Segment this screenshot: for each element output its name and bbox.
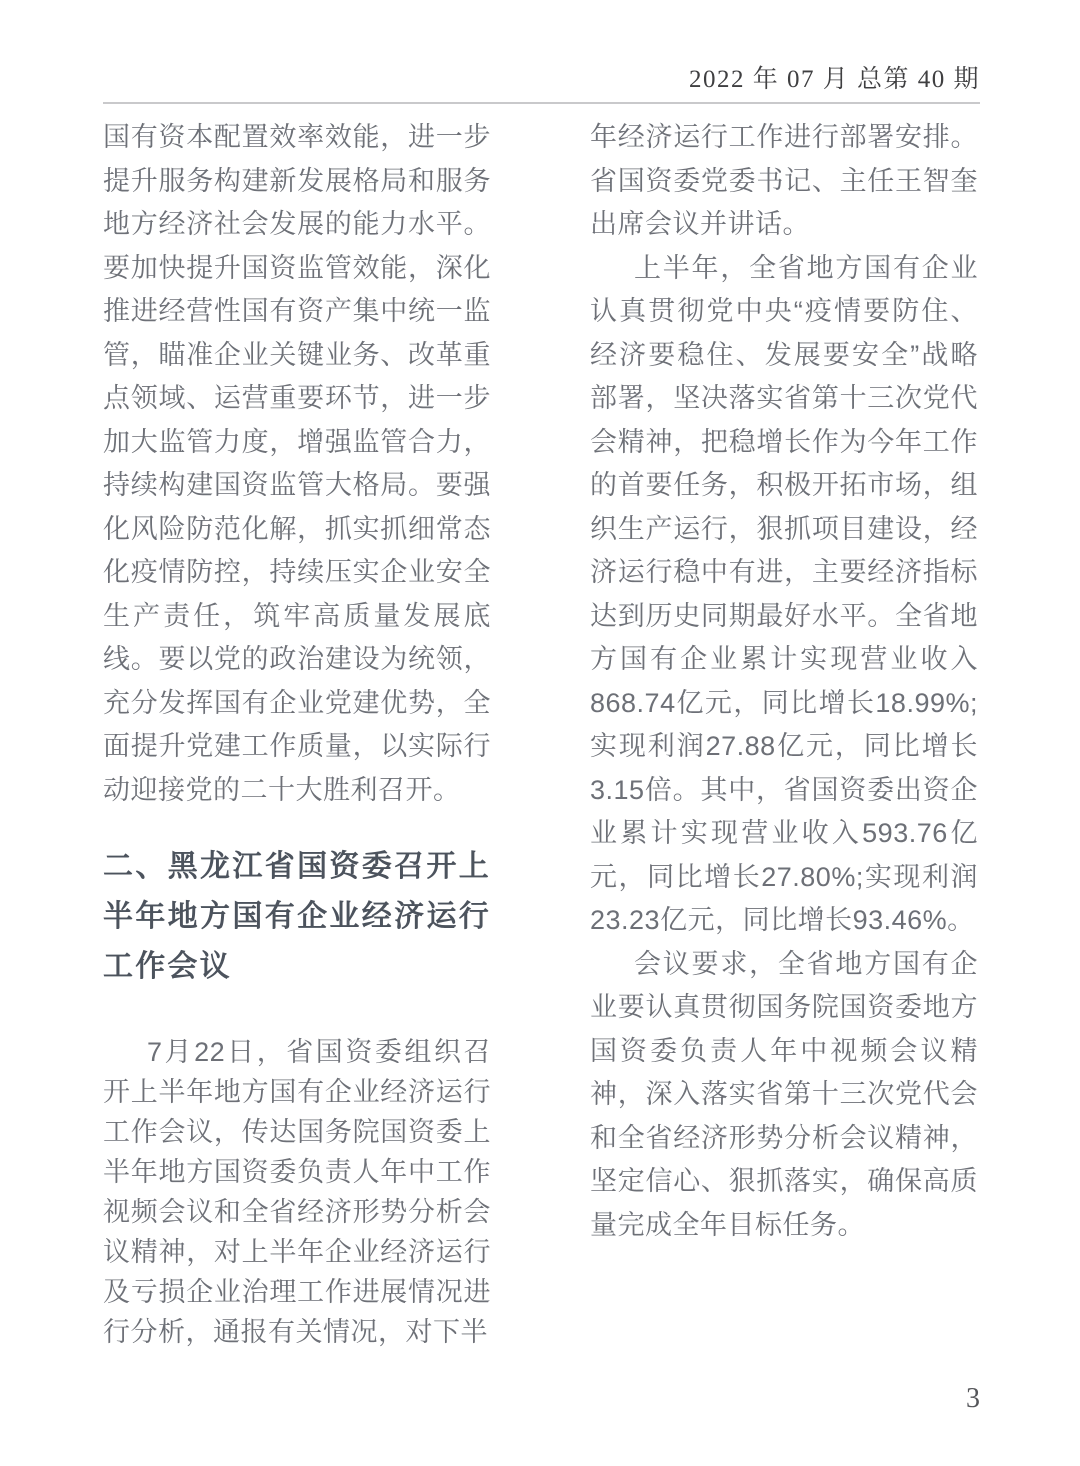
- paragraph-economic-results: 上半年，全省地方国有企业认真贯彻党中央“疫情要防住、经济要稳住、发展要安全”战略…: [590, 247, 978, 943]
- section-heading: 二、黑龙江省国资委召开上半年地方国有企业经济运行工作会议: [103, 842, 491, 992]
- page-number: 3: [956, 1383, 990, 1415]
- paragraph-meeting-intro-continued: 年经济运行工作进行部署安排。省国资委党委书记、主任王智奎出席会议并讲话。: [590, 116, 978, 247]
- document-page: 2022 年 07 月 总第 40 期 国有资本配置效率效能，进一步提升服务构建…: [0, 0, 1080, 1466]
- right-column: 年经济运行工作进行部署安排。省国资委党委书记、主任王智奎出席会议并讲话。 上半年…: [590, 116, 978, 1352]
- body-columns: 国有资本配置效率效能，进一步提升服务构建新发展格局和服务地方经济社会发展的能力水…: [103, 116, 978, 1352]
- paragraph-governance-continued: 国有资本配置效率效能，进一步提升服务构建新发展格局和服务地方经济社会发展的能力水…: [103, 116, 491, 812]
- paragraph-meeting-requirements: 会议要求，全省地方国有企业要认真贯彻国务院国资委地方国资委负责人年中视频会议精神…: [590, 943, 978, 1248]
- paragraph-meeting-intro: 7月22日，省国资委组织召开上半年地方国有企业经济运行工作会议，传达国务院国资委…: [103, 1032, 491, 1352]
- left-column: 国有资本配置效率效能，进一步提升服务构建新发展格局和服务地方经济社会发展的能力水…: [103, 116, 491, 1352]
- issue-header: 2022 年 07 月 总第 40 期: [103, 64, 980, 104]
